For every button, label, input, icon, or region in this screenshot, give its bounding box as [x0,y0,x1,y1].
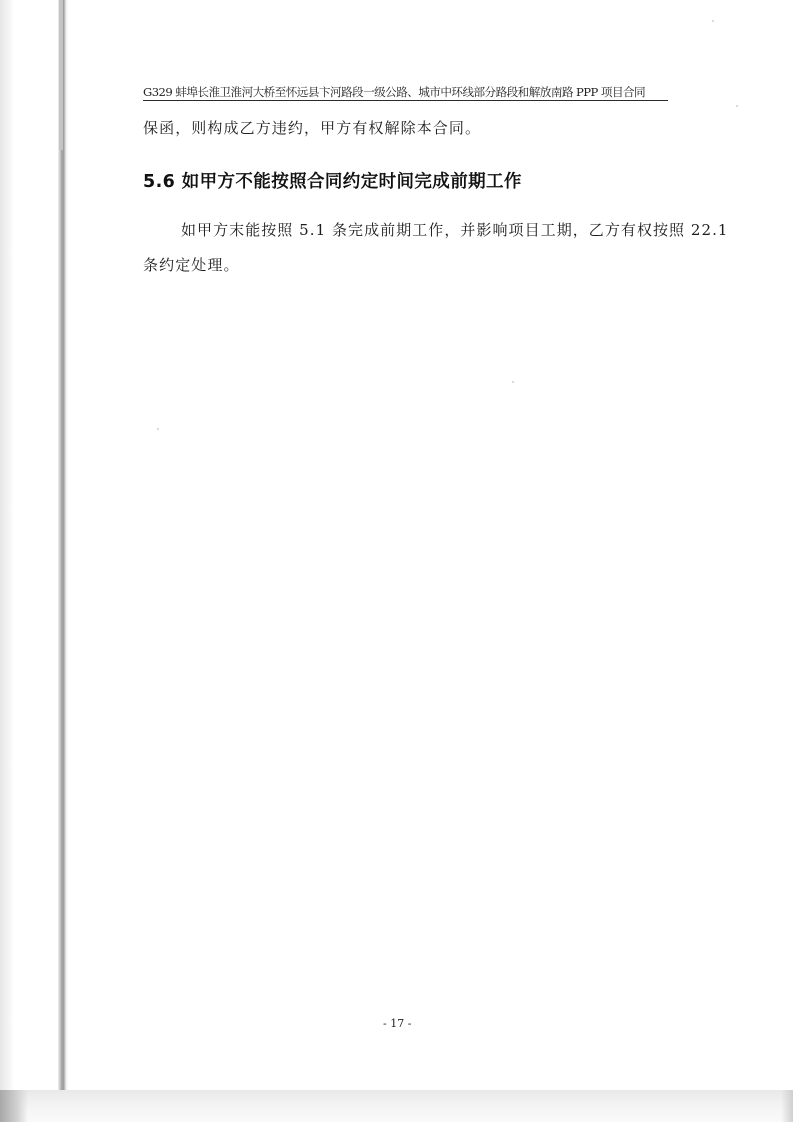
paragraph-continuation: 保函，则构成乙方违约，甲方有权解除本合同。 [143,118,481,138]
scan-speck [512,381,514,383]
running-header: G329 蚌埠长淮卫淮河大桥至怀远县卞河路段一级公路、城市中环线部分路段和解放南… [143,84,668,101]
scan-shadow-left [0,0,14,1122]
section-heading: 5.6 如甲方不能按照合同约定时间完成前期工作 [143,170,522,194]
scan-bottom-edge [0,1090,793,1122]
section-body-line-1: 如甲方末能按照 5.1 条完成前期工作，并影响项目工期，乙方有权按照 22.1 [181,220,729,240]
section-body-line-2: 条约定处理。 [143,255,240,275]
page-edge-line [59,0,63,150]
scan-bottom-right-shadow [781,1090,793,1122]
scan-speck [157,428,159,430]
page-edge-shadow [58,0,68,1090]
page-number: - 17 - [383,1017,411,1031]
scan-speck [712,20,714,22]
scan-speck [736,105,738,107]
scan-bottom-corner-shadow [0,1090,28,1122]
